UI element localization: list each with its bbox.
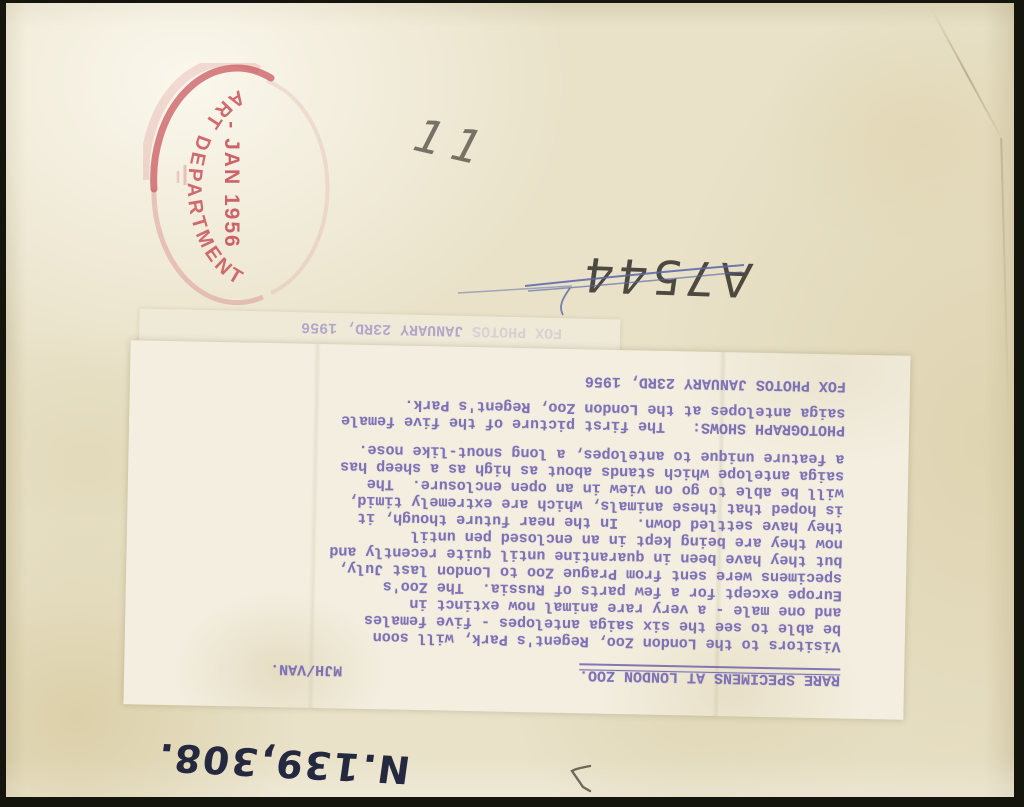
caption-label: RARE SPECIMENS AT LONDON ZOO. MJH/VAN. V…	[123, 340, 910, 720]
caption-credit: MJH/VAN.	[270, 657, 342, 678]
date-stamp-graphic: ART DEPARTMENT - JAN 1956	[143, 63, 333, 313]
caption-header: RARE SPECIMENS AT LONDON ZOO. MJH/VAN.	[214, 656, 840, 689]
stamp-rim-faint	[267, 81, 327, 293]
caption-body: Visitors to the London Zoo, Regent's Par…	[215, 438, 845, 655]
red-date-stamp: ART DEPARTMENT - JAN 1956	[143, 63, 333, 313]
strike-through-lines	[450, 248, 750, 320]
caption-title: RARE SPECIMENS AT LONDON ZOO.	[579, 663, 840, 688]
caption-shows: PHOTOGRAPH SHOWS: The first picture of t…	[219, 392, 846, 439]
ghost-dateline-strong: JANUARY 23RD, 1956	[301, 318, 463, 339]
ghost-dateline-faded: FOX PHOTOS	[463, 322, 562, 341]
stamp-date-text: - JAN 1956	[220, 121, 243, 248]
photo-verso-scan: ART DEPARTMENT - JAN 1956 11 A7544 FOX P…	[0, 0, 1024, 807]
pencil-squiggle-mark	[566, 762, 600, 796]
caption-dateline: FOX PHOTOS JANUARY 23RD, 1956	[220, 365, 846, 395]
